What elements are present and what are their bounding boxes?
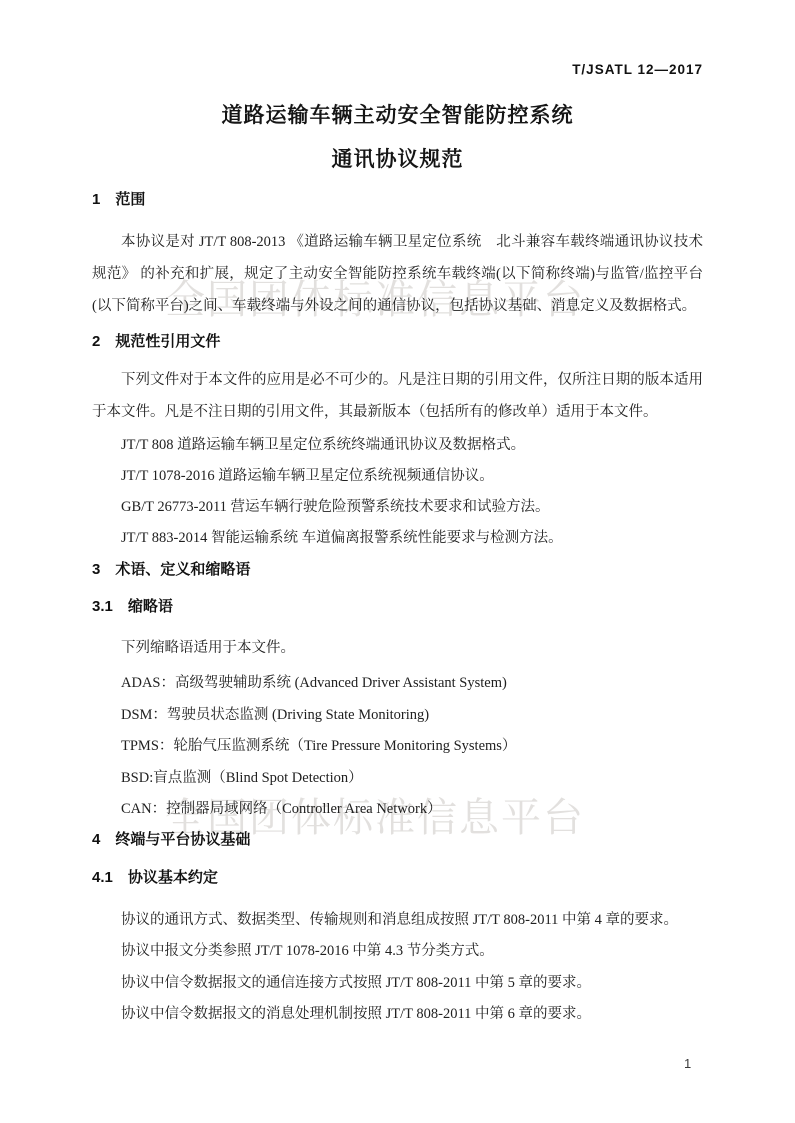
section-3-1-paragraph: 下列缩略语适用于本文件。: [92, 633, 703, 664]
reference-item-4: JT/T 883-2014 智能运输系统 车道偏离报警系统性能要求与检测方法。: [92, 523, 703, 554]
section-4-heading: 4 终端与平台协议基础: [92, 830, 703, 850]
reference-item-3: GB/T 26773-2011 营运车辆行驶危险预警系统技术要求和试验方法。: [92, 492, 703, 523]
clause-item-4: 协议中信令数据报文的消息处理机制按照 JT/T 808-2011 中第 6 章的…: [92, 999, 703, 1031]
protocol-clauses-list: 协议的通讯方式、数据类型、传输规则和消息组成按照 JT/T 808-2011 中…: [92, 905, 703, 1031]
section-2-heading: 2 规范性引用文件: [92, 332, 703, 352]
abbreviation-item-bsd: BSD:盲点监测（Blind Spot Detection）: [92, 763, 703, 795]
clause-item-2: 协议中报文分类参照 JT/T 1078-2016 中第 4.3 节分类方式。: [92, 936, 703, 968]
document-title-line1: 道路运输车辆主动安全智能防控系统: [92, 104, 703, 128]
page-content: T/JSATL 12—2017 道路运输车辆主动安全智能防控系统 通讯协议规范 …: [0, 0, 795, 1031]
document-title-line2: 通讯协议规范: [92, 148, 703, 172]
section-3-heading: 3 术语、定义和缩略语: [92, 560, 703, 580]
document-page: 全国团体标准信息平台 全国团体标准信息平台 T/JSATL 12—2017 道路…: [0, 0, 795, 1123]
section-1-heading: 1 范围: [92, 190, 703, 210]
abbreviation-item-tpms: TPMS：轮胎气压监测系统（Tire Pressure Monitoring S…: [92, 731, 703, 763]
reference-item-1: JT/T 808 道路运输车辆卫星定位系统终端通讯协议及数据格式。: [92, 430, 703, 461]
abbreviation-item-adas: ADAS：高级驾驶辅助系统 (Advanced Driver Assistant…: [92, 668, 703, 700]
clause-item-3: 协议中信令数据报文的通信连接方式按照 JT/T 808-2011 中第 5 章的…: [92, 968, 703, 1000]
abbreviations-list: ADAS：高级驾驶辅助系统 (Advanced Driver Assistant…: [92, 668, 703, 826]
normative-references-list: JT/T 808 道路运输车辆卫星定位系统终端通讯协议及数据格式。 JT/T 1…: [92, 430, 703, 554]
clause-item-1: 协议的通讯方式、数据类型、传输规则和消息组成按照 JT/T 808-2011 中…: [92, 905, 703, 937]
abbreviation-item-dsm: DSM：驾驶员状态监测 (Driving State Monitoring): [92, 700, 703, 732]
page-number: 1: [684, 1056, 691, 1071]
section-4-1-heading: 4.1 协议基本约定: [92, 868, 703, 888]
abbreviation-item-can: CAN：控制器局域网络（Controller Area Network）: [92, 794, 703, 826]
standard-code: T/JSATL 12—2017: [92, 0, 703, 78]
section-2-paragraph: 下列文件对于本文件的应用是必不可少的。凡是注日期的引用文件，仅所注日期的版本适用…: [92, 364, 703, 428]
section-3-1-heading: 3.1 缩略语: [92, 597, 703, 617]
section-1-paragraph: 本协议是对 JT/T 808-2013 《道路运输车辆卫星定位系统 北斗兼容车载…: [92, 226, 703, 322]
reference-item-2: JT/T 1078-2016 道路运输车辆卫星定位系统视频通信协议。: [92, 461, 703, 492]
